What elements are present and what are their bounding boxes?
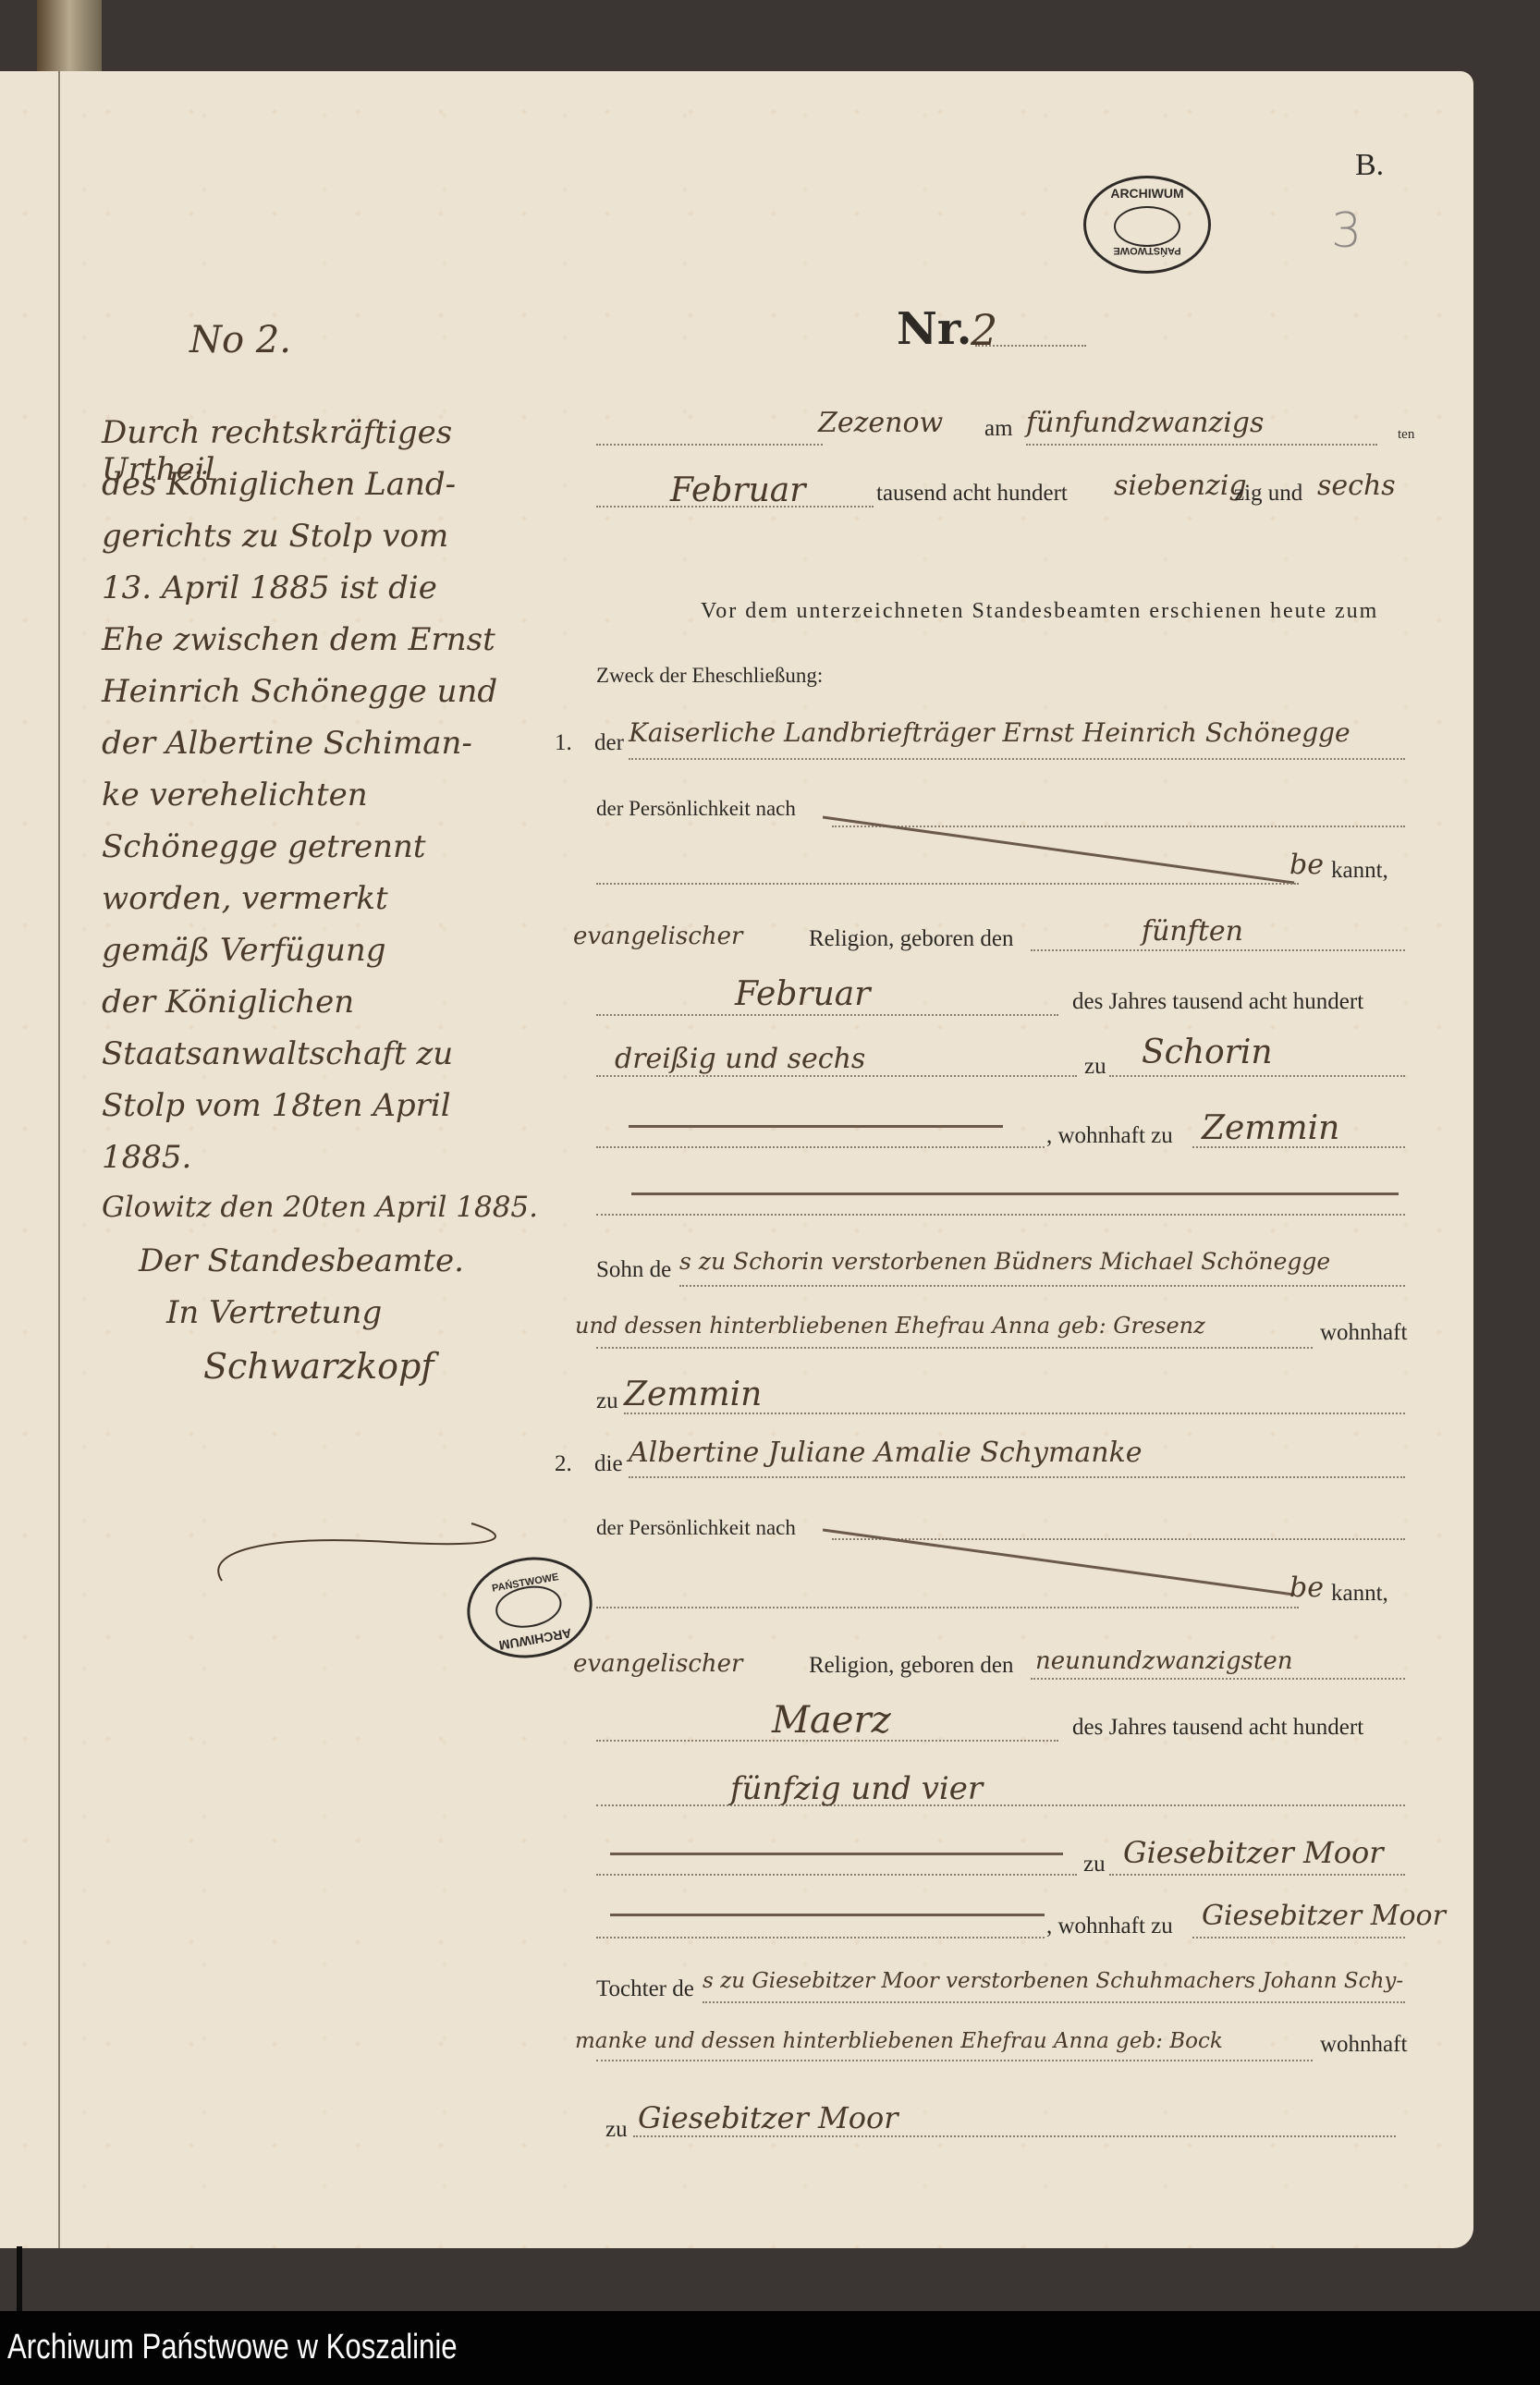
margin-note-line: ke verehelichten (102, 777, 564, 828)
print-wohnhaft: wohnhaft (1320, 2032, 1407, 2058)
margin-note-line: 1885. (102, 1139, 564, 1191)
print-persoenlichkeit: der Persönlichkeit nach (596, 1516, 796, 1540)
form-intro-2: Zweck der Eheschließung: (596, 664, 823, 688)
bride-birth-place: Giesebitzer Moor (1123, 1835, 1384, 1870)
groom-parents-residence: Zemmin (624, 1376, 762, 1413)
record-number-value: 2 (971, 305, 997, 355)
margin-note-line: Schönegge getrennt (102, 828, 564, 880)
margin-note: Durch rechtskräftiges Urtheil des Königl… (102, 414, 564, 1398)
book-binding-thread (37, 0, 102, 71)
print-des-jahres: des Jahres tausend acht hundert (1072, 989, 1363, 1015)
print-wohnhaft: , wohnhaft zu (1046, 1914, 1173, 1939)
print-religion: Religion, geboren den (809, 926, 1013, 952)
groom-birth-month: Februar (735, 975, 870, 1013)
print-der: der (594, 730, 624, 756)
print-persoenlichkeit: der Persönlichkeit nach (596, 797, 796, 821)
print-zu: zu (605, 2117, 628, 2143)
archive-stamp-top: ARCHIWUM PAŃSTWOWE (1083, 176, 1211, 274)
form-intro: Vor dem unterzeichneten Standesbeamten e… (701, 599, 1378, 624)
bride-birth-year: fünfzig und vier (730, 1770, 983, 1807)
spine-edge (17, 2246, 22, 2311)
margin-note-line: worden, vermerkt (102, 880, 564, 932)
margin-note-line: 13. April 1885 ist die (102, 569, 564, 621)
print-zu: zu (596, 1388, 618, 1414)
print-sohn-de: Sohn de (596, 1257, 671, 1283)
print-religion: Religion, geboren den (809, 1653, 1013, 1679)
section-letter: B. (1355, 148, 1384, 183)
bride-parents-residence: Giesebitzer Moor (638, 2100, 898, 2135)
margin-note-official-title: Der Standesbeamte. (102, 1242, 564, 1294)
print-die: die (594, 1451, 623, 1477)
archive-footer-bar: Archiwum Państwowe w Koszalinie (0, 2311, 1540, 2385)
bride-name: Albertine Juliane Amalie Schymanke (629, 1437, 1143, 1469)
margin-note-line: Staatsanwaltschaft zu (102, 1035, 564, 1087)
margin-note-heading: No 2. (189, 319, 291, 361)
person2-number: 2. (555, 1451, 572, 1477)
bride-bekannt-prefix: be (1289, 1572, 1324, 1604)
margin-note-line: der Königlichen (102, 984, 564, 1035)
registry-place: Zezenow (818, 407, 943, 439)
bride-residence: Giesebitzer Moor (1202, 1900, 1446, 1932)
registry-year-unit: sechs (1317, 470, 1396, 502)
groom-birth-year: dreißig und sechs (615, 1043, 865, 1075)
groom-parents-line1: s zu Schorin verstorbenen Büdners Michae… (679, 1248, 1330, 1275)
print-tausend-acht-hundert: tausend acht hundert (876, 481, 1068, 507)
page-fold-line (58, 71, 60, 2248)
archive-name: Archiwum Państwowe w Koszalinie (7, 2328, 458, 2367)
groom-name: Kaiserliche Landbriefträger Ernst Heinri… (629, 717, 1351, 748)
groom-birth-place: Schorin (1142, 1033, 1273, 1071)
bride-birth-day: neunundzwanzigsten (1035, 1647, 1293, 1675)
strike-line (823, 1525, 1303, 1599)
registry-day: fünfundzwanzigs (1026, 407, 1264, 439)
strike-line (823, 813, 1303, 887)
margin-note-date-line: Glowitz den 20ten April 1885. (102, 1191, 564, 1242)
bride-religion: evangelischer (573, 1650, 742, 1678)
print-tochter-de: Tochter de (596, 1976, 694, 2002)
print-ten: ten (1398, 427, 1414, 443)
print-zu: zu (1083, 1852, 1106, 1877)
print-wohnhaft: , wohnhaft zu (1046, 1123, 1173, 1149)
stamp-top-text: ARCHIWUM (1086, 186, 1208, 201)
print-kannt: kannt, (1331, 1581, 1388, 1607)
margin-note-line: der Albertine Schiman- (102, 725, 564, 777)
record-number-label: Nr. (897, 303, 972, 355)
margin-note-line: gerichts zu Stolp vom (102, 518, 564, 569)
margin-note-line: Heinrich Schönegge und (102, 673, 564, 725)
print-des-jahres: des Jahres tausend acht hundert (1072, 1715, 1363, 1741)
margin-note-deputy: In Vertretung (102, 1294, 564, 1346)
margin-note-line: Durch rechtskräftiges Urtheil (102, 414, 564, 466)
margin-note-line: Stolp vom 18ten April (102, 1087, 564, 1139)
groom-religion: evangelischer (573, 923, 742, 950)
print-wohnhaft: wohnhaft (1320, 1320, 1407, 1346)
groom-residence: Zemmin (1202, 1109, 1339, 1147)
print-zig-und: zig und (1234, 481, 1302, 507)
print-am: am (984, 416, 1013, 442)
margin-note-signature: Schwarzkopf (102, 1346, 564, 1398)
margin-note-line: Ehe zwischen dem Ernst (102, 621, 564, 673)
groom-parents-line2: und dessen hinterbliebenen Ehefrau Anna … (575, 1313, 1205, 1339)
groom-bekannt-prefix: be (1289, 849, 1324, 881)
groom-birth-day: fünften (1142, 915, 1243, 948)
person1-number: 1. (555, 730, 572, 756)
print-zu: zu (1084, 1054, 1106, 1080)
print-kannt: kannt, (1331, 858, 1388, 884)
bride-birth-month: Maerz (772, 1699, 891, 1742)
margin-note-line: des Königlichen Land- (102, 466, 564, 518)
stamp-bottom-text: PAŃSTWOWE (1086, 245, 1208, 256)
registry-decade: siebenzig (1114, 470, 1247, 502)
page-number-pencil: 3 (1331, 203, 1362, 259)
bride-parents-line2: manke und dessen hinterbliebenen Ehefrau… (575, 2029, 1223, 2053)
margin-note-line: gemäß Verfügung (102, 932, 564, 984)
signature-flourish (203, 1516, 518, 1590)
bride-parents-line1: s zu Giesebitzer Moor verstorbenen Schuh… (703, 1969, 1403, 1993)
registry-month: Februar (670, 471, 805, 509)
